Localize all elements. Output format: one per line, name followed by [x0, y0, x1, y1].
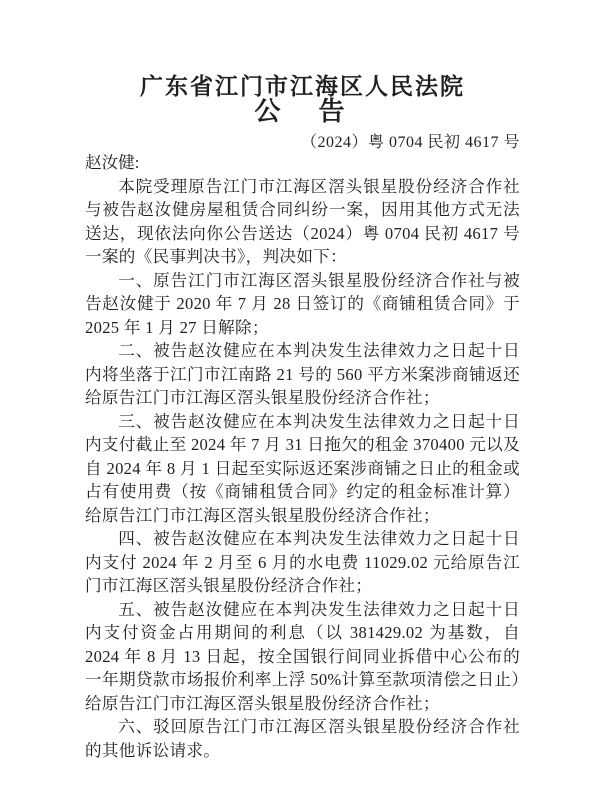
judgment-item-3: 三、被告赵汝健应在本判决发生法律效力之日起十日内支付截止至 2024 年 7 月…: [85, 410, 520, 528]
case-number: （2024）粤 0704 民初 4617 号: [85, 134, 520, 151]
document-title: 公 告: [85, 99, 520, 125]
judgment-item-4: 四、被告赵汝健应在本判决发生法律效力之日起十日内支付 2024 年 2 月至 6…: [85, 527, 520, 598]
document-body: 本院受理原告江门市江海区滘头银星股份经济合作社与被告赵汝健房屋租赁合同纠纷一案，…: [85, 175, 520, 763]
judgment-item-5: 五、被告赵汝健应在本判决发生法律效力之日起十日内支付资金占用期间的利息（以 38…: [85, 598, 520, 716]
intro-paragraph: 本院受理原告江门市江海区滘头银星股份经济合作社与被告赵汝健房屋租赁合同纠纷一案，…: [85, 175, 520, 269]
document-page: 广东省江门市江海区人民法院 公 告 （2024）粤 0704 民初 4617 号…: [0, 0, 600, 800]
judgment-item-6: 六、驳回原告江门市江海区滘头银星股份经济合作社的其他诉讼请求。: [85, 715, 520, 762]
court-name: 广东省江门市江海区人民法院: [85, 75, 520, 99]
judgment-item-1: 一、原告江门市江海区滘头银星股份经济合作社与被告赵汝健于 2020 年 7 月 …: [85, 269, 520, 340]
document-content: 广东省江门市江海区人民法院 公 告 （2024）粤 0704 民初 4617 号…: [0, 0, 600, 762]
judgment-item-2: 二、被告赵汝健应在本判决发生法律效力之日起十日内将坐落于江门市江南路 21 号的…: [85, 339, 520, 410]
recipient-name: 赵汝健:: [85, 151, 520, 175]
